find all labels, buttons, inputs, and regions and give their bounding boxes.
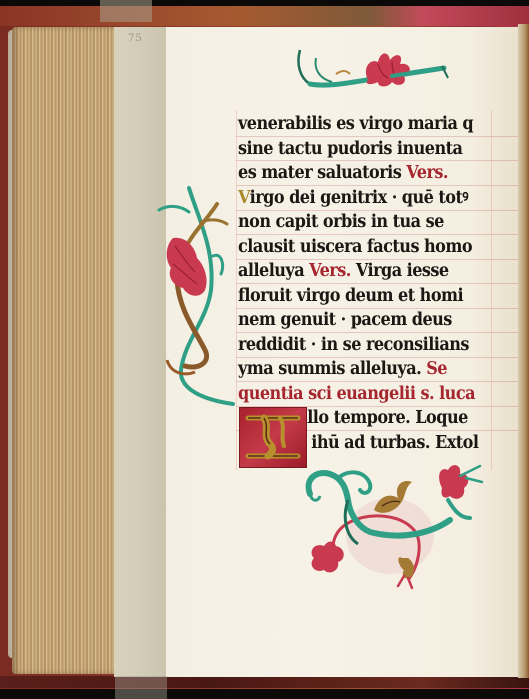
text-line: sine tactu pudoris inuenta bbox=[238, 137, 497, 162]
gilt-initial: V bbox=[238, 188, 250, 208]
text-line: non capit orbis in tua se bbox=[238, 210, 497, 235]
text-line: alleluya Vers. Virga iesse bbox=[238, 259, 497, 284]
text-line: quentia sci euangelii s. luca bbox=[238, 382, 497, 407]
text-line: reddidit · in se reconsilians bbox=[238, 333, 497, 358]
text-line: venerabilis es virgo maria q bbox=[238, 112, 497, 137]
text-block: venerabilis es virgo maria q sine tactu … bbox=[238, 112, 520, 455]
text-line: yma summis alleluya. Se bbox=[238, 357, 497, 382]
text-segment: irgo dei genitrix · quē totꝰ bbox=[250, 188, 468, 208]
text-segment: venerabilis es virgo maria q bbox=[238, 114, 473, 134]
cover-top-edge bbox=[0, 6, 529, 26]
text-segment: non capit orbis in tua se bbox=[238, 212, 444, 232]
left-margin-vine-ornament bbox=[155, 180, 237, 410]
tape-bottom bbox=[115, 676, 167, 699]
text-segment: Virga iesse bbox=[356, 261, 449, 281]
rubric-segment: Se bbox=[426, 359, 447, 379]
text-segment: alleluya bbox=[238, 261, 309, 281]
page-stack-edges bbox=[12, 27, 114, 674]
text-line: nem genuit · pacem deus bbox=[238, 308, 497, 333]
text-line: floruit virgo deum et homi bbox=[238, 284, 497, 309]
text-segment: floruit virgo deum et homi bbox=[238, 286, 463, 306]
text-segment: es mater saluatoris bbox=[238, 163, 406, 183]
text-line: es mater saluatoris Vers. bbox=[238, 161, 497, 186]
top-vine-ornament bbox=[292, 44, 452, 100]
text-segment: nem genuit · pacem deus bbox=[238, 310, 452, 330]
cover-bottom-edge bbox=[0, 676, 529, 688]
text-segment: sine tactu pudoris inuenta bbox=[238, 139, 462, 159]
text-segment: clausit uiscera factus homo bbox=[238, 237, 472, 257]
folio-mark: 75 bbox=[128, 33, 143, 44]
text-segment: yma summis alleluya. bbox=[238, 359, 426, 379]
bottom-vine-ornament bbox=[290, 458, 490, 590]
rubric-segment: Vers. bbox=[406, 163, 448, 183]
text-segment: reddidit · in se reconsilians bbox=[238, 335, 469, 355]
rubric-segment: quentia sci euangelii s. luca bbox=[238, 384, 475, 404]
tape-top bbox=[100, 0, 152, 22]
rubric-segment: Vers. bbox=[309, 261, 356, 281]
text-line: Virgo dei genitrix · quē totꝰ bbox=[238, 186, 497, 211]
text-line: clausit uiscera factus homo bbox=[238, 235, 497, 260]
text-segment: ntē ihū ad turbas. Extol bbox=[278, 433, 478, 453]
